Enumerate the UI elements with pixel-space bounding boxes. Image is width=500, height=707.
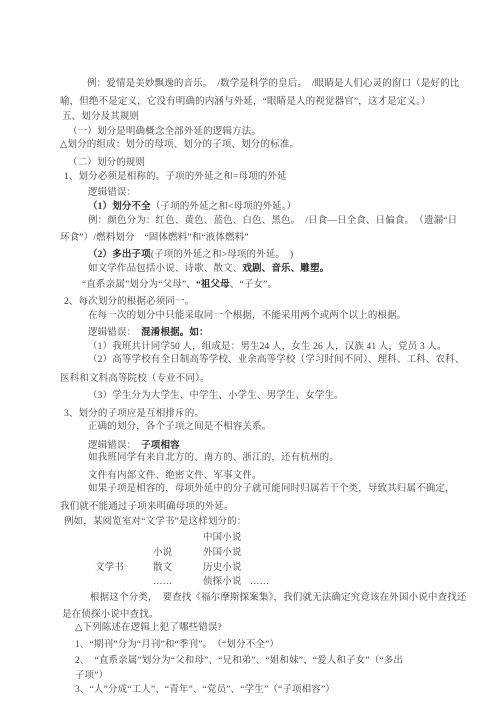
text-segment: 1、划分必须是相称的。子项的外延之和=母项的外延	[64, 172, 287, 182]
subsection-1-definition: （一）划分是明确概念全部外延的逻辑方法。	[68, 126, 261, 139]
text-segment: （3）学生分为大学生、中学生、小学生、男学生、女学生。	[88, 391, 344, 401]
text-segment: 五、划分及其规则	[62, 112, 139, 122]
text-segment: 逻辑错误：	[88, 328, 141, 338]
error-incomplete-example-1: 例：颜色分为：红色、黄色、蓝色、白色、黑色。 /日食—日全食、日偏食。 （遗漏“…	[88, 215, 457, 228]
text-segment: 2、每次划分的根据必须同一。	[64, 297, 194, 307]
rule-3-explanation: 正确的划分，各个子项之间是不相容关系。	[88, 421, 271, 434]
tree-intro: 例如，某阅览室对“文学书”是这样划分的：	[64, 516, 246, 529]
text-segment: “直系亲属”划分为“父母”、	[82, 280, 196, 290]
text-segment: （二）划分的规则	[68, 158, 145, 168]
tree-conclusion-2: 是在侦探小说中查找。	[62, 609, 159, 622]
text-segment: 我们就不能通过子项来明确母项的外延。	[60, 502, 234, 512]
text-segment: 逻辑错误：	[88, 188, 136, 198]
text-segment: 文学书	[95, 562, 124, 575]
text-segment: 文件有内部文件、绝密文件、军事文件。	[88, 471, 262, 481]
text-segment: 逻辑错误：	[88, 441, 141, 451]
definition-example-line-2: 喻，但绝不是定义，它没有明确的内涵与外延，“眼睛是人的视觉器官”，这才是定义。）	[60, 96, 431, 109]
subsection-2-heading: （二）划分的规则	[68, 157, 145, 170]
text-segment: △下列陈述在逻辑上犯了哪些错误?	[75, 623, 222, 633]
text-segment: 在每一次的划分中只能采取同一个根据，不能采用两个或两个以上的根据。	[88, 311, 406, 321]
text-segment: 历史小说	[203, 562, 242, 575]
text-segment: ……	[250, 576, 269, 589]
definition-example-line-1: 例：爱情是美妙飘逸的音乐。 /数学是科学的皇后。 /眼睛是人们心灵的窗口（是好的…	[87, 78, 459, 91]
text-segment: 侦探小说	[203, 576, 242, 589]
text-segment: 喻，但绝不是定义，它没有明确的内涵与外延，“眼睛是人的视觉器官”，这才是定义。）	[60, 97, 431, 107]
document-page: 例：爱情是美妙飘逸的音乐。 /数学是科学的皇后。 /眼睛是人们心灵的窗口（是好的…	[0, 0, 500, 707]
rule-3: 3、划分的子项应是互相排斥的。	[64, 408, 204, 421]
text-segment: 子项”）	[75, 671, 108, 681]
text-segment: （2）高等学校有全日制高等学校、业余高等学校（学习时间不同）、理科、工科、农科、	[88, 355, 465, 365]
text-segment: 3、划分的子项应是互相排斥的。	[64, 409, 204, 419]
text-segment: 2、 “直系亲属”划分为“父和母”、“兄和弟”、“姐和妹”、“爱人和子女”（“多…	[75, 656, 403, 666]
compatible-explanation-1: 如果子项是相容的，母项外延中的分子就可能同时归属若干个类，导致其归属不确定，	[88, 483, 455, 496]
quiz-heading: △下列陈述在逻辑上犯了哪些错误?	[75, 622, 222, 635]
rule-2: 2、每次划分的根据必须同一。	[64, 296, 194, 309]
text-segment: 正确的划分，各个子项之间是不相容关系。	[88, 422, 271, 432]
text-segment: 例如，某阅览室对“文学书”是这样划分的：	[64, 517, 246, 527]
quiz-item-3: 3、“人”分成“工人”、“青年”、“党员”、“学生”（“子项相容”）	[75, 684, 335, 697]
compatible-example-2: 文件有内部文件、绝密文件、军事文件。	[88, 470, 262, 483]
mixed-basis-example-3: （3）学生分为大学生、中学生、小学生、男学生、女学生。	[88, 390, 344, 403]
error-incomplete-division: （1）划分不全（子项的外延之和<母项的外延。）	[88, 201, 296, 214]
logic-error-mixed-basis: 逻辑错误： 混淆根据。如：	[88, 327, 209, 340]
mixed-basis-example-2a: （2）高等学校有全日制高等学校、业余高等学校（学习时间不同）、理科、工科、农科、	[88, 354, 465, 367]
text-segment: 戏剧、音乐、雕塑。	[242, 264, 329, 274]
text-segment: 3、“人”分成“工人”、“青年”、“党员”、“学生”（“子项相容”）	[75, 685, 335, 695]
text-segment: （1）我班共计同学50 人，组成是：男生24 人，女生 26 人，汉族 41 人…	[88, 342, 447, 352]
text-segment: △划分的组成：划分的母项、划分的子项、划分的标准。	[60, 140, 299, 150]
error-incomplete-example-2: 环食”）/燃料划分 “固体燃料”和“液体燃料”	[60, 232, 249, 245]
text-segment: 如果子项是相容的，母项外延中的分子就可能同时归属若干个类，导致其归属不确定，	[88, 484, 455, 494]
text-segment: 混淆根据。如：	[141, 328, 209, 338]
text-segment: （2）多出子项	[88, 250, 151, 260]
text-segment: 小说	[153, 547, 172, 560]
mixed-basis-example-2b: 医科和文科高等院校（专业不同）。	[60, 373, 210, 386]
quiz-item-2b: 子项”）	[75, 670, 108, 683]
text-segment: 医科和文科高等院校（专业不同）。	[60, 374, 210, 384]
logic-error-label-1: 逻辑错误：	[88, 187, 136, 200]
quiz-item-2a: 2、 “直系亲属”划分为“父和母”、“兄和弟”、“姐和妹”、“爱人和子女”（“多…	[75, 655, 403, 668]
error-extra-subitems: （2）多出子项(子项的外延之和>母项的外延。 )	[88, 249, 293, 262]
tree-conclusion-1: 根据这个分类， 要查找《福尔摩斯探案集》，我们就无法确定究竟该在外国小说中查找还	[90, 592, 467, 605]
text-segment: 例：爱情是美妙飘逸的音乐。 /数学是科学的皇后。 /眼睛是人们心灵的窗口（是好的…	[87, 79, 459, 89]
text-segment: “祖父母	[196, 280, 230, 290]
compatible-explanation-2: 我们就不能通过子项来明确母项的外延。	[60, 501, 234, 514]
text-segment: 例：颜色分为：红色、黄色、蓝色、白色、黑色。 /日食—日全食、日偏食。 （遗漏“…	[88, 216, 457, 226]
quiz-item-1: 1、“期刊”分为“月刊”和“季刊”。 （“划分不全”）	[75, 639, 279, 652]
section-heading: 五、划分及其规则	[62, 111, 139, 124]
rule-2-explanation: 在每一次的划分中只能采取同一个根据，不能采用两个或两个以上的根据。	[88, 310, 406, 323]
error-extra-example-1: 如文学作品包括小说、诗歌、散文、戏剧、音乐、雕塑。	[88, 263, 329, 276]
text-segment: 中国小说	[203, 532, 242, 545]
text-segment: 如文学作品包括小说、诗歌、散文、	[88, 264, 242, 274]
text-segment: 1、“期刊”分为“月刊”和“季刊”。 （“划分不全”）	[75, 640, 279, 650]
text-segment: 散文	[153, 562, 172, 575]
text-segment: 子项相容	[141, 441, 180, 451]
rule-1: 1、划分必须是相称的。子项的外延之和=母项的外延	[64, 171, 287, 184]
text-segment: （子项的外延之和<母项的外延。）	[151, 202, 297, 212]
compatible-example-1: 如我班同学有来自北方的、南方的、浙江的，还有杭州的。	[88, 452, 339, 465]
division-components: △划分的组成：划分的母项、划分的子项、划分的标准。	[60, 139, 299, 152]
mixed-basis-example-1: （1）我班共计同学50 人，组成是：男生24 人，女生 26 人，汉族 41 人…	[88, 341, 447, 354]
text-segment: （1）划分不全	[88, 202, 151, 212]
text-segment: 外国小说	[203, 547, 242, 560]
text-segment: （一）划分是明确概念全部外延的逻辑方法。	[68, 127, 261, 137]
text-segment: ……	[153, 576, 172, 589]
error-extra-example-2: “直系亲属”划分为“父母”、“祖父母、“子女”。	[82, 279, 277, 292]
text-segment: (子项的外延之和>母项的外延。 )	[151, 250, 294, 260]
text-segment: 如我班同学有来自北方的、南方的、浙江的，还有杭州的。	[88, 453, 339, 463]
text-segment: 、“子女”。	[230, 280, 277, 290]
text-segment: 根据这个分类， 要查找《福尔摩斯探案集》，我们就无法确定究竟该在外国小说中查找还	[90, 593, 467, 603]
text-segment: 是在侦探小说中查找。	[62, 610, 159, 620]
text-segment: 环食”）/燃料划分 “固体燃料”和“液体燃料”	[60, 233, 249, 243]
